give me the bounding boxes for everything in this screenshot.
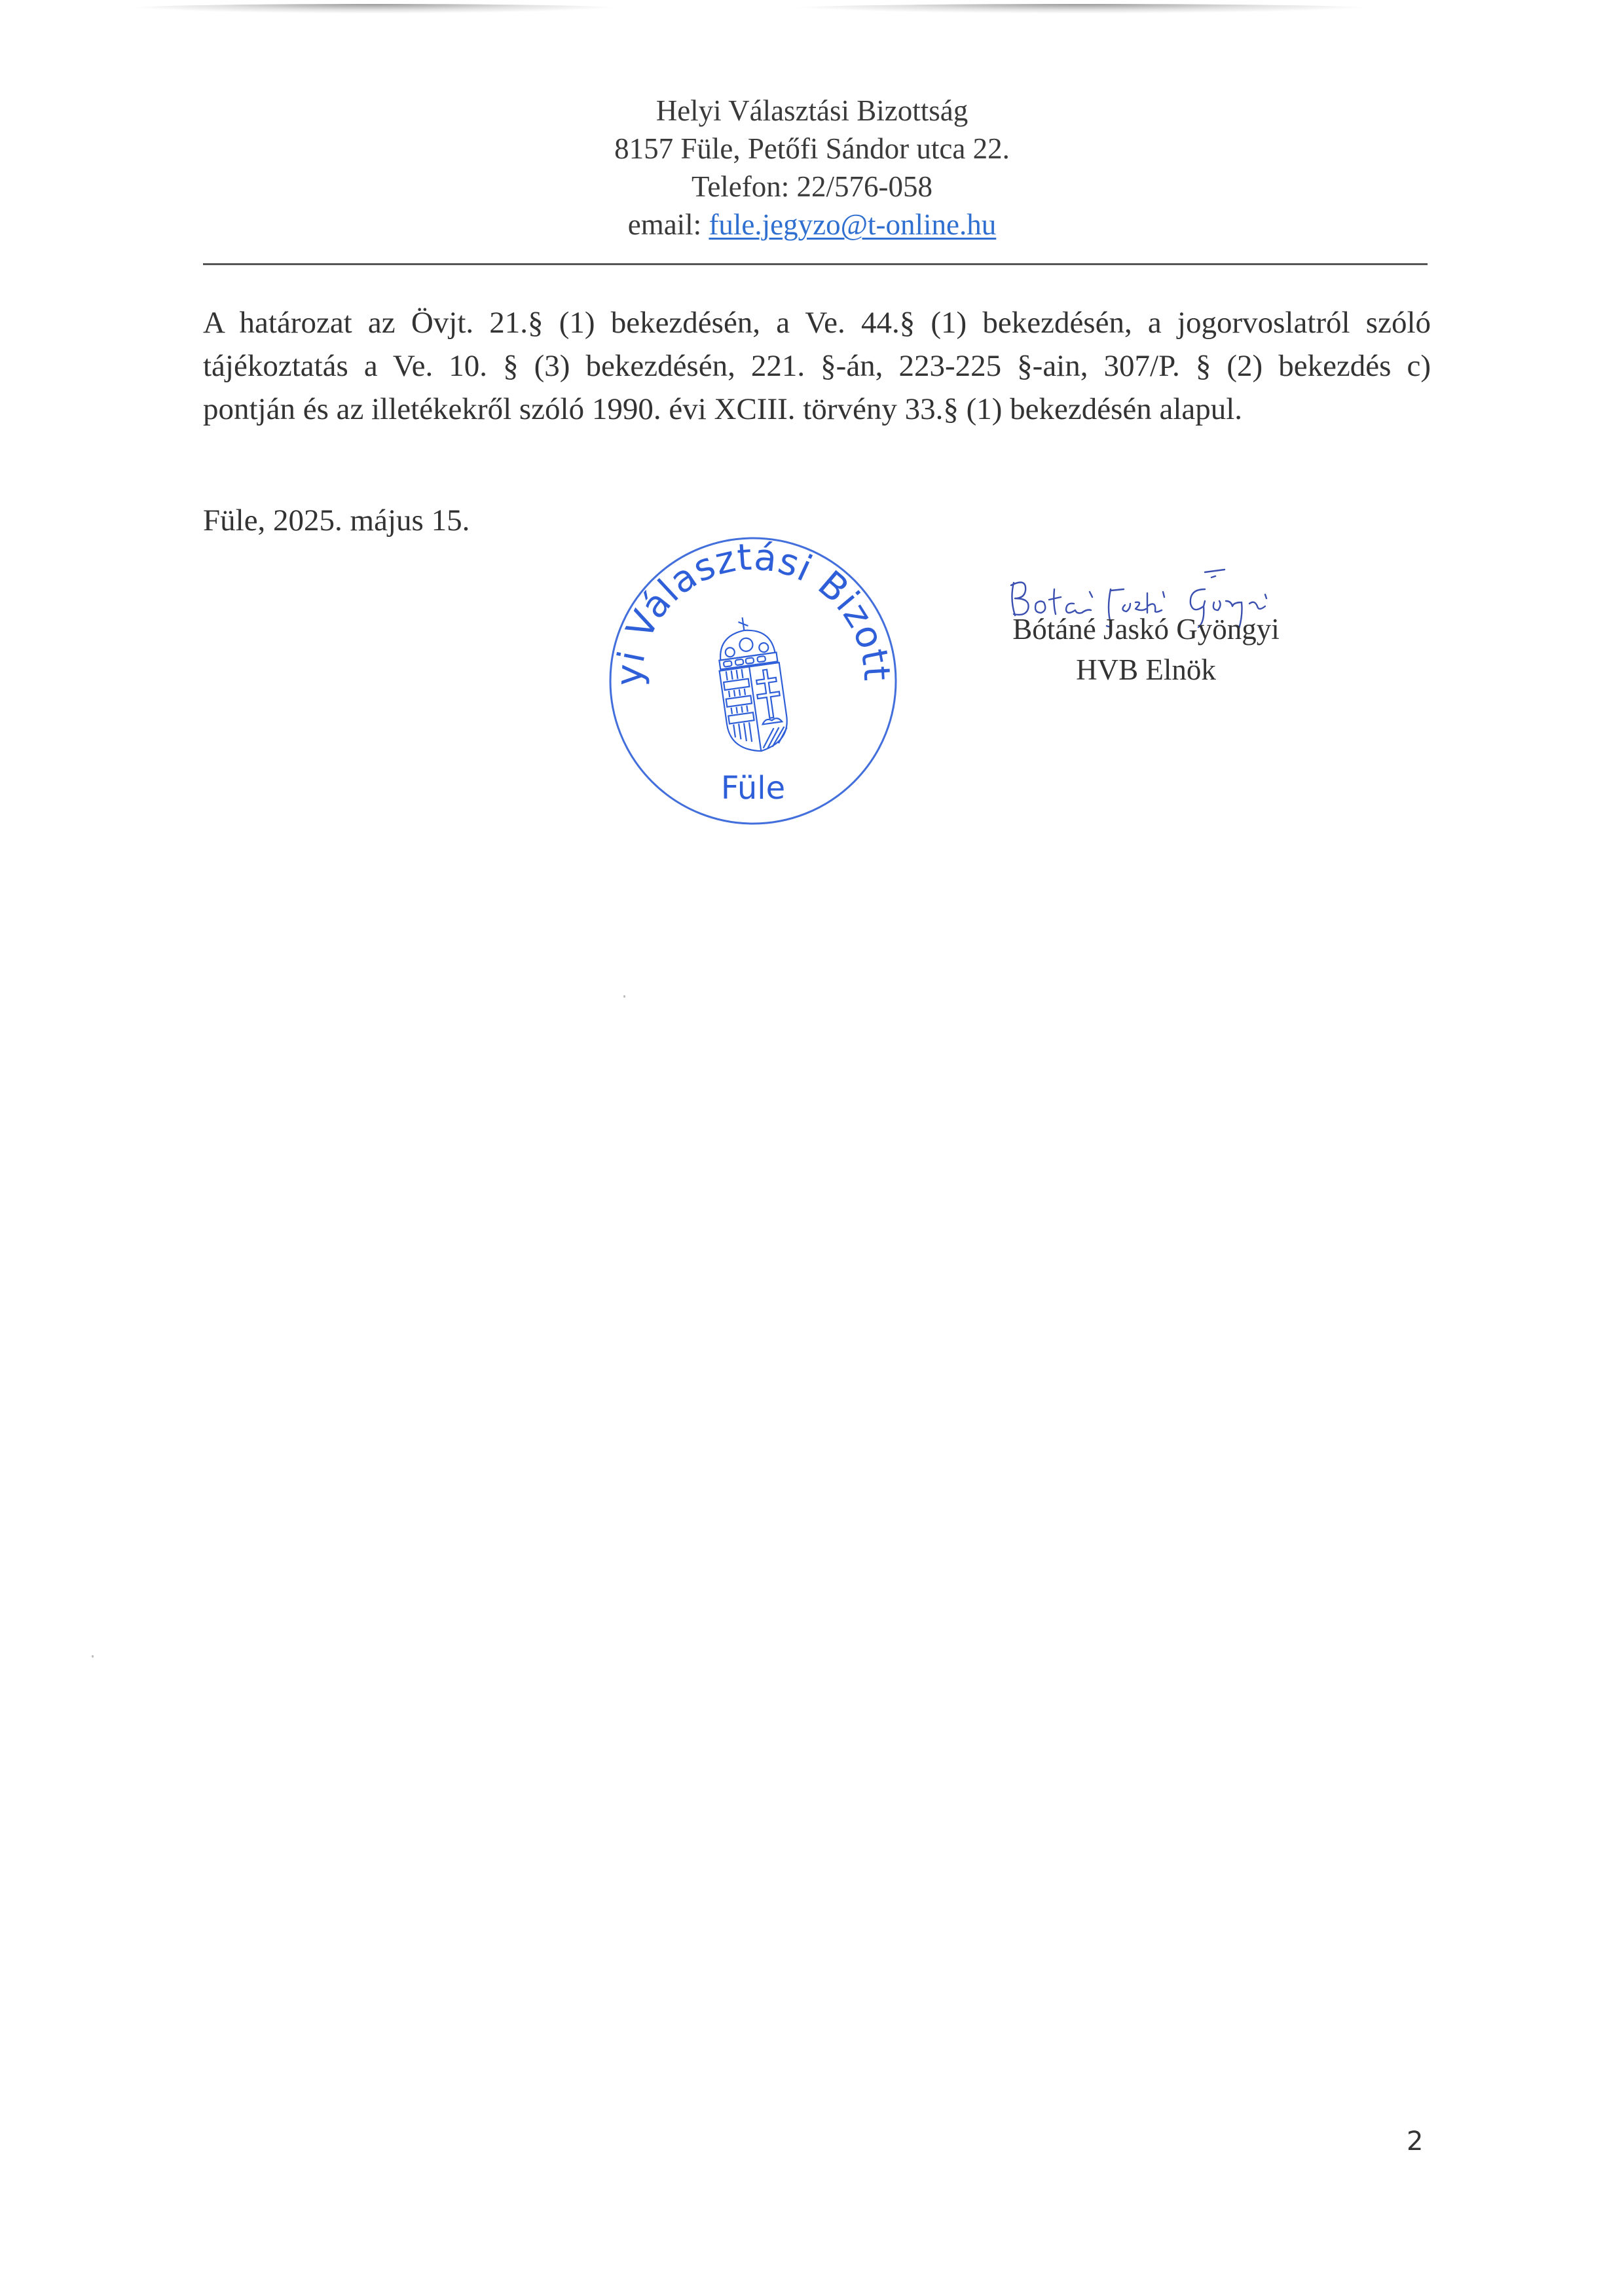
organization-address: 8157 Füle, Petőfi Sándor utca 22. <box>0 130 1624 168</box>
scan-speck <box>92 1655 94 1658</box>
official-stamp: Helyi Választási Bizottság Füle <box>606 534 900 828</box>
signatory-block: Bótáné Jaskó Gyöngyi HVB Elnök <box>976 609 1316 690</box>
header-divider <box>203 263 1428 265</box>
signatory-name: Bótáné Jaskó Gyöngyi <box>976 609 1316 649</box>
scan-edge-shadow <box>786 4 1375 13</box>
place-and-date: Füle, 2025. május 15. <box>203 501 470 540</box>
coat-of-arms-icon <box>712 613 791 756</box>
letterhead: Helyi Választási Bizottság 8157 Füle, Pe… <box>0 92 1624 244</box>
organization-email-row: email: fule.jegyzo@t-online.hu <box>0 206 1624 244</box>
paragraph-line: pontján és az illetékekről szóló 1990. é… <box>203 388 1431 431</box>
paragraph-line: A határozat az Övjt. 21.§ (1) bekezdésén… <box>203 301 1431 344</box>
organization-phone: Telefon: 22/576-058 <box>0 168 1624 206</box>
paragraph-line: tájékoztatás a Ve. 10. § (3) bekezdésén,… <box>203 344 1431 388</box>
stamp-bottom-text: Füle <box>721 770 785 807</box>
email-label: email: <box>628 208 709 241</box>
email-link[interactable]: fule.jegyzo@t-online.hu <box>709 208 996 241</box>
legal-basis-paragraph: A határozat az Övjt. 21.§ (1) bekezdésén… <box>203 301 1431 431</box>
stamp-ring-text: Helyi Választási Bizottság <box>606 534 898 687</box>
scan-speck <box>623 995 625 998</box>
signatory-title: HVB Elnök <box>976 649 1316 690</box>
scan-edge-shadow <box>124 4 622 13</box>
page-number: 2 <box>1407 2126 1423 2157</box>
organization-name: Helyi Választási Bizottság <box>0 92 1624 130</box>
